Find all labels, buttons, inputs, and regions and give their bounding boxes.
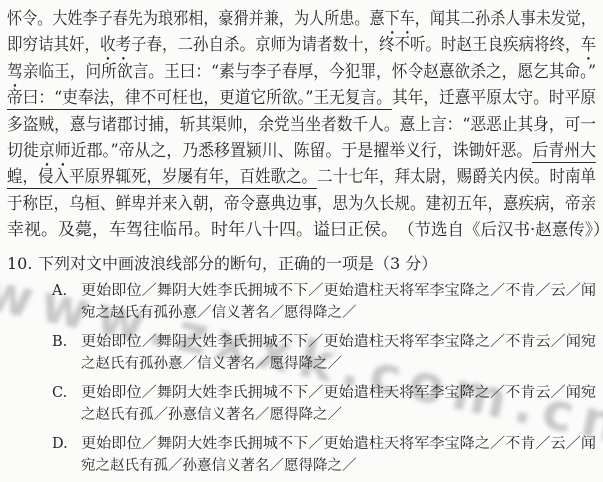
passage-line-text: 于称臣，乌桓、鲜卑并来入朝，帝令憙典边事，思为久长规。建初五年，憙疾病，帝亲 bbox=[7, 191, 596, 217]
underlined-segment: 蝗，侵入平原界辄死，岁屡有年，百姓歌之。 bbox=[7, 167, 317, 189]
passage-text-segment: 即穷诘其奸， bbox=[7, 35, 100, 55]
passage-text-segment: 其年，迁憙平原太守。时平原 bbox=[392, 88, 596, 108]
source-citation: （节选自《后汉书·赵憙传》） bbox=[398, 217, 603, 243]
passage-line: 切徙京师近郡。”帝从之，乃悉移置颍川、陈留。于是擢举义行，诛锄奸恶。后青州大 bbox=[7, 138, 596, 164]
emphasis-dots-segment: 车 bbox=[581, 35, 597, 55]
option-a: A.更始即位／舞阴大姓李氏拥城不下／更始遣柱天将军李宝降之／不肯／云／闻宛之赵氏… bbox=[52, 280, 596, 324]
passage: 怀令。大姓李子春先为琅邪相，豪猾并兼，为人所患。憙下车，闻其二孙杀人事未发觉，即… bbox=[7, 6, 596, 244]
passage-line: 幸视。及薨，车驾往临吊。时年八十四。谥曰正侯。（节选自《后汉书·赵憙传》） bbox=[7, 217, 596, 243]
underlined-segment: 帝曰：“吏奉法，律不可枉也，更道它所欲。”王无复言。 bbox=[7, 88, 392, 110]
underlined-segment: 后青州大 bbox=[532, 141, 596, 163]
option-text: 更始即位／舞阴大姓李氏拥城不下／更始遣柱天将军李宝降之／不肯／云／闻宛之赵氏有孤… bbox=[81, 433, 596, 477]
option-b: B.更始即位／舞阴大姓李氏拥城不下／更始遣柱天将军李宝降之／不肯云／闻宛之赵氏有… bbox=[52, 331, 596, 375]
passage-line: 即穷诘其奸，收考子春，二孙自杀。京师为请者数十，终不听。时赵王良疾病将终，车 bbox=[7, 32, 596, 58]
option-line-text: 更始即位／舞阴大姓李氏拥城不下／更始遣柱天将军李宝降之／不肯／云／闻 bbox=[81, 433, 596, 455]
option-line-text: 更始即位／舞阴大姓李氏拥城不下／更始遣柱天将军李宝降之／不肯／云／闻 bbox=[81, 280, 596, 302]
option-line-text: 更始即位／舞阴大姓李氏拥城不下／更始遣柱天将军李宝降之／不肯云／闻宛 bbox=[81, 382, 596, 404]
passage-text-segment: 子春，二孙自杀。京师为请者数十，终不听。时赵王良疾病将终， bbox=[131, 35, 581, 55]
option-c: C.更始即位／舞阴大姓李氏拥城不下／更始遣柱天将军李宝降之／不肯云／闻宛之赵氏有… bbox=[52, 382, 596, 426]
option-label: C. bbox=[52, 382, 81, 426]
option-line: 更始即位／舞阴大姓李氏拥城不下／更始遣柱天将军李宝降之／不肯／云／闻 bbox=[81, 433, 596, 455]
option-line: 宛之赵氏有孤孙憙／信义著名／愿得降之／ bbox=[81, 302, 596, 324]
option-line-text: 之赵氏有孤／孙憙信义著名／愿得降之／ bbox=[81, 407, 342, 423]
option-line: 更始即位／舞阴大姓李氏拥城不下／更始遣柱天将军李宝降之／不肯云／闻宛 bbox=[81, 382, 596, 404]
option-line-text: 宛之赵氏有孤／孙憙信义著名／愿得降之／ bbox=[81, 458, 357, 474]
emphasis-dots-segment: 京师 bbox=[39, 141, 71, 161]
passage-line: 多盗贼，憙与诸郡讨捕，斩其渠帅，余党当坐者数千人。憙上言：“恶恶止其身，可一 bbox=[7, 112, 596, 138]
passage-line: 驾亲临王，问所欲言。王曰：“素与李子春厚，今犯罪，怀令赵憙欲杀之，愿乞其命。” bbox=[7, 59, 596, 85]
passage-text-segment: 近郡。”帝从之，乃悉移置颍川、陈留。于是擢举义行，诛锄奸恶。 bbox=[71, 141, 533, 161]
option-line: 宛之赵氏有孤／孙憙信义著名／愿得降之／ bbox=[81, 455, 596, 477]
passage-line-text: 帝曰：“吏奉法，律不可枉也，更道它所欲。”王无复言。其年，迁憙平原太守。时平原 bbox=[7, 85, 596, 111]
option-line-text: 宛之赵氏有孤孙憙／信义著名／愿得降之／ bbox=[81, 305, 357, 321]
passage-text-segment: 亲临王，问所欲言。王曰：“素与李子春厚，今犯罪，怀令赵憙欲杀之，愿乞其命。” bbox=[23, 62, 596, 82]
passage-line-text: 多盗贼，憙与诸郡讨捕，斩其渠帅，余党当坐者数千人。憙上言：“恶恶止其身，可一 bbox=[7, 112, 596, 138]
passage-text-segment: 于称臣，乌桓、鲜卑并来入朝，帝令憙典边事，思为久长规。建初五年，憙疾病，帝亲 bbox=[7, 194, 596, 214]
passage-line-text: 蝗，侵入平原界辄死，岁屡有年，百姓歌之。二十七年，拜太尉，赐爵关内侯。时南单 bbox=[7, 164, 596, 190]
emphasis-dots-segment: 驾 bbox=[7, 62, 23, 82]
option-line: 更始即位／舞阴大姓李氏拥城不下／更始遣柱天将军李宝降之／不肯／云／闻 bbox=[81, 280, 596, 302]
options-list: A.更始即位／舞阴大姓李氏拥城不下／更始遣柱天将军李宝降之／不肯／云／闻宛之赵氏… bbox=[7, 280, 596, 477]
option-text: 更始即位／舞阴大姓李氏拥城不下／更始遣柱天将军李宝降之／不肯／云／闻宛之赵氏有孤… bbox=[81, 280, 596, 324]
passage-line: 于称臣，乌桓、鲜卑并来入朝，帝令憙典边事，思为久长规。建初五年，憙疾病，帝亲 bbox=[7, 191, 596, 217]
option-d: D.更始即位／舞阴大姓李氏拥城不下／更始遣柱天将军李宝降之／不肯／云／闻宛之赵氏… bbox=[52, 433, 596, 477]
passage-text-segment: ，闻其二孙杀人事未发觉， bbox=[415, 9, 596, 29]
option-line: 更始即位／舞阴大姓李氏拥城不下／更始遣柱天将军李宝降之／不肯云／闻宛 bbox=[81, 331, 596, 353]
passage-line: 帝曰：“吏奉法，律不可枉也，更道它所欲。”王无复言。其年，迁憙平原太守。时平原 bbox=[7, 85, 596, 111]
question-number: 10. bbox=[7, 253, 38, 275]
scanned-exam-page: www.zxxk.com.cn 怀令。大姓李子春先为琅邪相，豪猾并兼，为人所患。… bbox=[0, 0, 603, 482]
emphasis-dots-segment: 收考 bbox=[100, 35, 131, 55]
option-label: B. bbox=[52, 331, 81, 375]
passage-text-segment: 怀令。大姓李子春先为琅邪相，豪猾并兼，为人所患。憙 bbox=[7, 9, 385, 29]
option-text: 更始即位／舞阴大姓李氏拥城不下／更始遣柱天将军李宝降之／不肯云／闻宛之赵氏有孤孙… bbox=[81, 331, 596, 375]
passage-text-segment: 二十七年，拜太尉，赐爵关内侯。时南单 bbox=[317, 167, 596, 187]
option-label: A. bbox=[52, 280, 81, 324]
option-line: 之赵氏有孤／孙憙信义著名／愿得降之／ bbox=[81, 404, 596, 426]
option-line-text: 更始即位／舞阴大姓李氏拥城不下／更始遣柱天将军李宝降之／不肯云／闻宛 bbox=[81, 331, 596, 353]
question-text: 下列对文中画波浪线部分的断句，正确的一项是（3 分） bbox=[38, 253, 596, 275]
passage-line: 蝗，侵入平原界辄死，岁屡有年，百姓歌之。二十七年，拜太尉，赐爵关内侯。时南单 bbox=[7, 164, 596, 190]
passage-text-segment: 幸视。及薨，车驾往临吊。时年八十四。谥曰正侯。 bbox=[7, 220, 398, 240]
passage-line: 怀令。大姓李子春先为琅邪相，豪猾并兼，为人所患。憙下车，闻其二孙杀人事未发觉， bbox=[7, 6, 596, 32]
option-label: D. bbox=[52, 433, 81, 477]
option-text: 更始即位／舞阴大姓李氏拥城不下／更始遣柱天将军李宝降之／不肯云／闻宛之赵氏有孤／… bbox=[81, 382, 596, 426]
passage-text-segment: 多盗贼，憙与诸郡讨捕，斩其渠帅，余党当坐者数千人。憙上言：“恶恶止其身，可一 bbox=[7, 115, 596, 135]
passage-text-segment: 切徙 bbox=[7, 141, 39, 161]
option-line-text: 之赵氏有孤孙憙／信义著名／愿得降之／ bbox=[81, 356, 342, 372]
emphasis-dots-segment: 下车 bbox=[385, 9, 415, 29]
passage-line-text: 幸视。及薨，车驾往临吊。时年八十四。谥曰正侯。 bbox=[7, 217, 398, 243]
question-10: 10. 下列对文中画波浪线部分的断句，正确的一项是（3 分） bbox=[7, 253, 596, 275]
option-line: 之赵氏有孤孙憙／信义著名／愿得降之／ bbox=[81, 353, 596, 375]
page-content: 怀令。大姓李子春先为琅邪相，豪猾并兼，为人所患。憙下车，闻其二孙杀人事未发觉，即… bbox=[7, 6, 596, 477]
